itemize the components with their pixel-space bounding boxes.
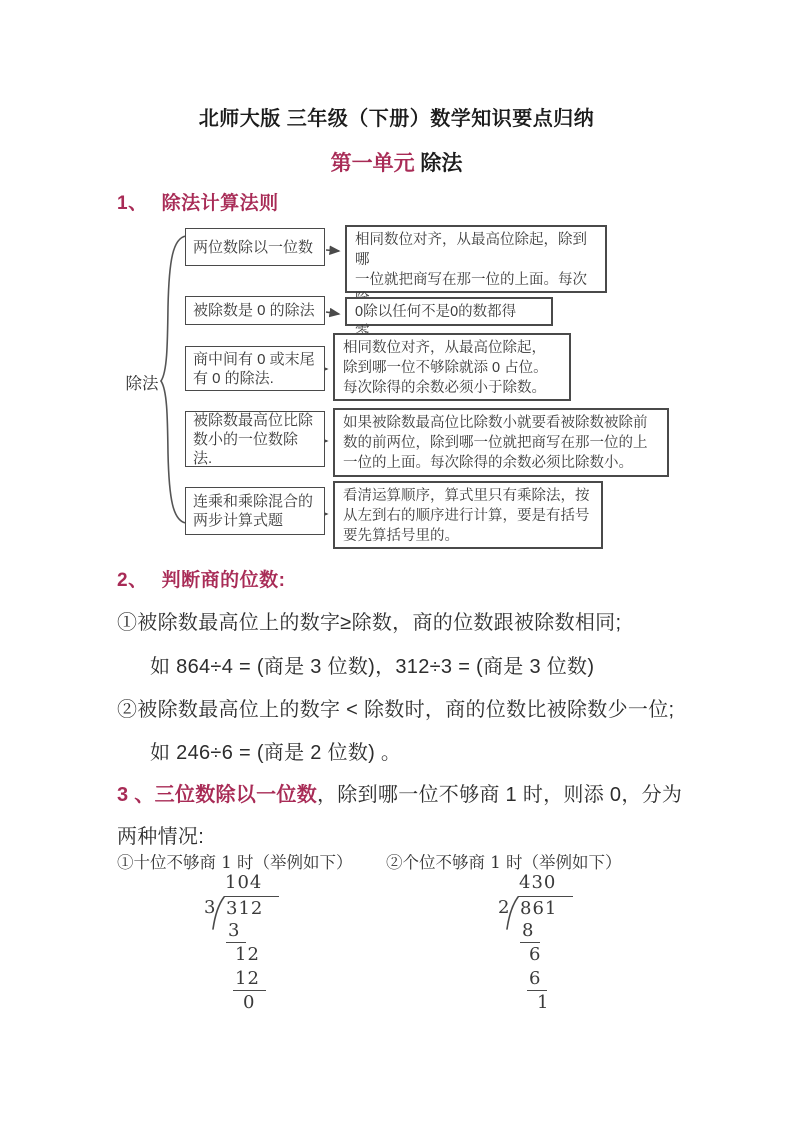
unit-name: 除法 bbox=[420, 152, 462, 175]
diagram-branch-label-4: 被除数最高位比除 数小的一位数除法. bbox=[185, 411, 325, 467]
section2-number: 2、 bbox=[117, 570, 148, 591]
rule-item-1-example: 如 864÷4 = (商是 3 位数)，312÷3 = (商是 3 位数) bbox=[150, 650, 594, 679]
work-step: 3 bbox=[226, 920, 328, 944]
dividend-row: 2 861 bbox=[492, 896, 622, 920]
remainder-value: 1 bbox=[520, 992, 622, 1016]
section2-title: 判断商的位数: bbox=[162, 570, 286, 591]
section3-heading-line: 3 、三位数除以一位数，除到哪一位不够商 1 时，则添 0，分为 bbox=[117, 778, 682, 807]
work-step: 8 bbox=[520, 920, 622, 944]
example1-caption: ①十位不够商 1 时（举例如下） bbox=[117, 849, 353, 873]
rule-item-2-example: 如 246÷6 = (商是 2 位数) 。 bbox=[150, 736, 401, 765]
rule-item-2: ②被除数最高位上的数字 < 除数时，商的位数比被除数少一位; bbox=[117, 693, 674, 722]
diagram-branch-desc-3: 相同数位对齐，从最高位除起， 除到哪一位不够除就添 0 占位。 每次除得的余数必… bbox=[333, 333, 571, 401]
arrow-branch-2 bbox=[326, 312, 339, 314]
work-step: 6 bbox=[520, 968, 622, 992]
section1-number: 1、 bbox=[117, 193, 148, 214]
section2-heading: 2、判断商的位数: bbox=[117, 565, 285, 592]
unit-label: 第一单元 bbox=[331, 152, 415, 175]
section3-text: ，除到哪一位不够商 1 时，则添 0，分为 bbox=[317, 784, 682, 806]
long-division-example-2: 430 2 861 8 6 6 1 bbox=[492, 872, 622, 1016]
diagram-branch-desc-1: 相同数位对齐，从最高位除起，除到哪 一位就把商写在那一位的上面。每次除 得的余数… bbox=[345, 225, 607, 293]
quotient-row: 430 bbox=[492, 872, 622, 896]
rule-item-1: ①被除数最高位上的数字≥除数，商的位数跟被除数相同; bbox=[117, 606, 621, 635]
brace-bottom bbox=[161, 381, 186, 523]
example2-caption: ②个位不够商 1 时（举例如下） bbox=[386, 849, 622, 873]
diagram-branch-label-1: 两位数除以一位数 bbox=[185, 228, 325, 266]
diagram-branch-label-3: 商中间有 0 或末尾 有 0 的除法. bbox=[185, 346, 325, 391]
arrow-branch-1 bbox=[326, 250, 339, 251]
quotient-row: 104 bbox=[198, 872, 328, 896]
diagram-branch-label-2: 被除数是 0 的除法 bbox=[185, 296, 325, 325]
dividend-value: 312 bbox=[224, 896, 279, 920]
document-title: 北师大版 三年级（下册）数学知识要点归纳 bbox=[0, 102, 793, 131]
section1-heading: 1、除法计算法则 bbox=[117, 188, 279, 215]
section3-number-title: 3 、三位数除以一位数 bbox=[117, 784, 317, 806]
dividend-value: 861 bbox=[518, 896, 573, 920]
diagram-branch-label-5: 连乘和乘除混合的 两步计算式题 bbox=[185, 487, 325, 535]
long-division-example-1: 104 3 312 3 12 12 0 bbox=[198, 872, 328, 1016]
unit-heading: 第一单元 除法 bbox=[0, 147, 793, 177]
work-step: 12 bbox=[226, 944, 328, 968]
work-step: 6 bbox=[520, 944, 622, 968]
diagram-root-label: 除法 bbox=[121, 370, 163, 394]
document-page: 北师大版 三年级（下册）数学知识要点归纳 第一单元 除法 1、除法计算法则 除法 bbox=[0, 0, 793, 1122]
diagram-branch-desc-5: 看清运算顺序，算式里只有乘除法，按 从左到右的顺序进行计算，要是有括号 要先算括… bbox=[333, 481, 603, 549]
work-step: 12 bbox=[226, 968, 328, 992]
diagram-branch-desc-2: 0除以任何不是0的数都得零。 bbox=[345, 297, 553, 326]
division-rules-diagram: 除法 两位数除以一位数 被除数是 0 的除法 商中间有 0 或末尾 有 0 的除… bbox=[117, 222, 682, 554]
section3-text-line2: 两种情况: bbox=[117, 820, 204, 849]
section1-title: 除法计算法则 bbox=[162, 193, 279, 214]
remainder-value: 0 bbox=[226, 992, 328, 1016]
diagram-branch-desc-4: 如果被除数最高位比除数小就要看被除数被除前 数的前两位，除到哪一位就把商写在那一… bbox=[333, 408, 669, 477]
brace-top bbox=[161, 236, 186, 381]
dividend-row: 3 312 bbox=[198, 896, 328, 920]
quotient-value: 104 bbox=[225, 872, 262, 893]
quotient-value: 430 bbox=[519, 872, 556, 893]
